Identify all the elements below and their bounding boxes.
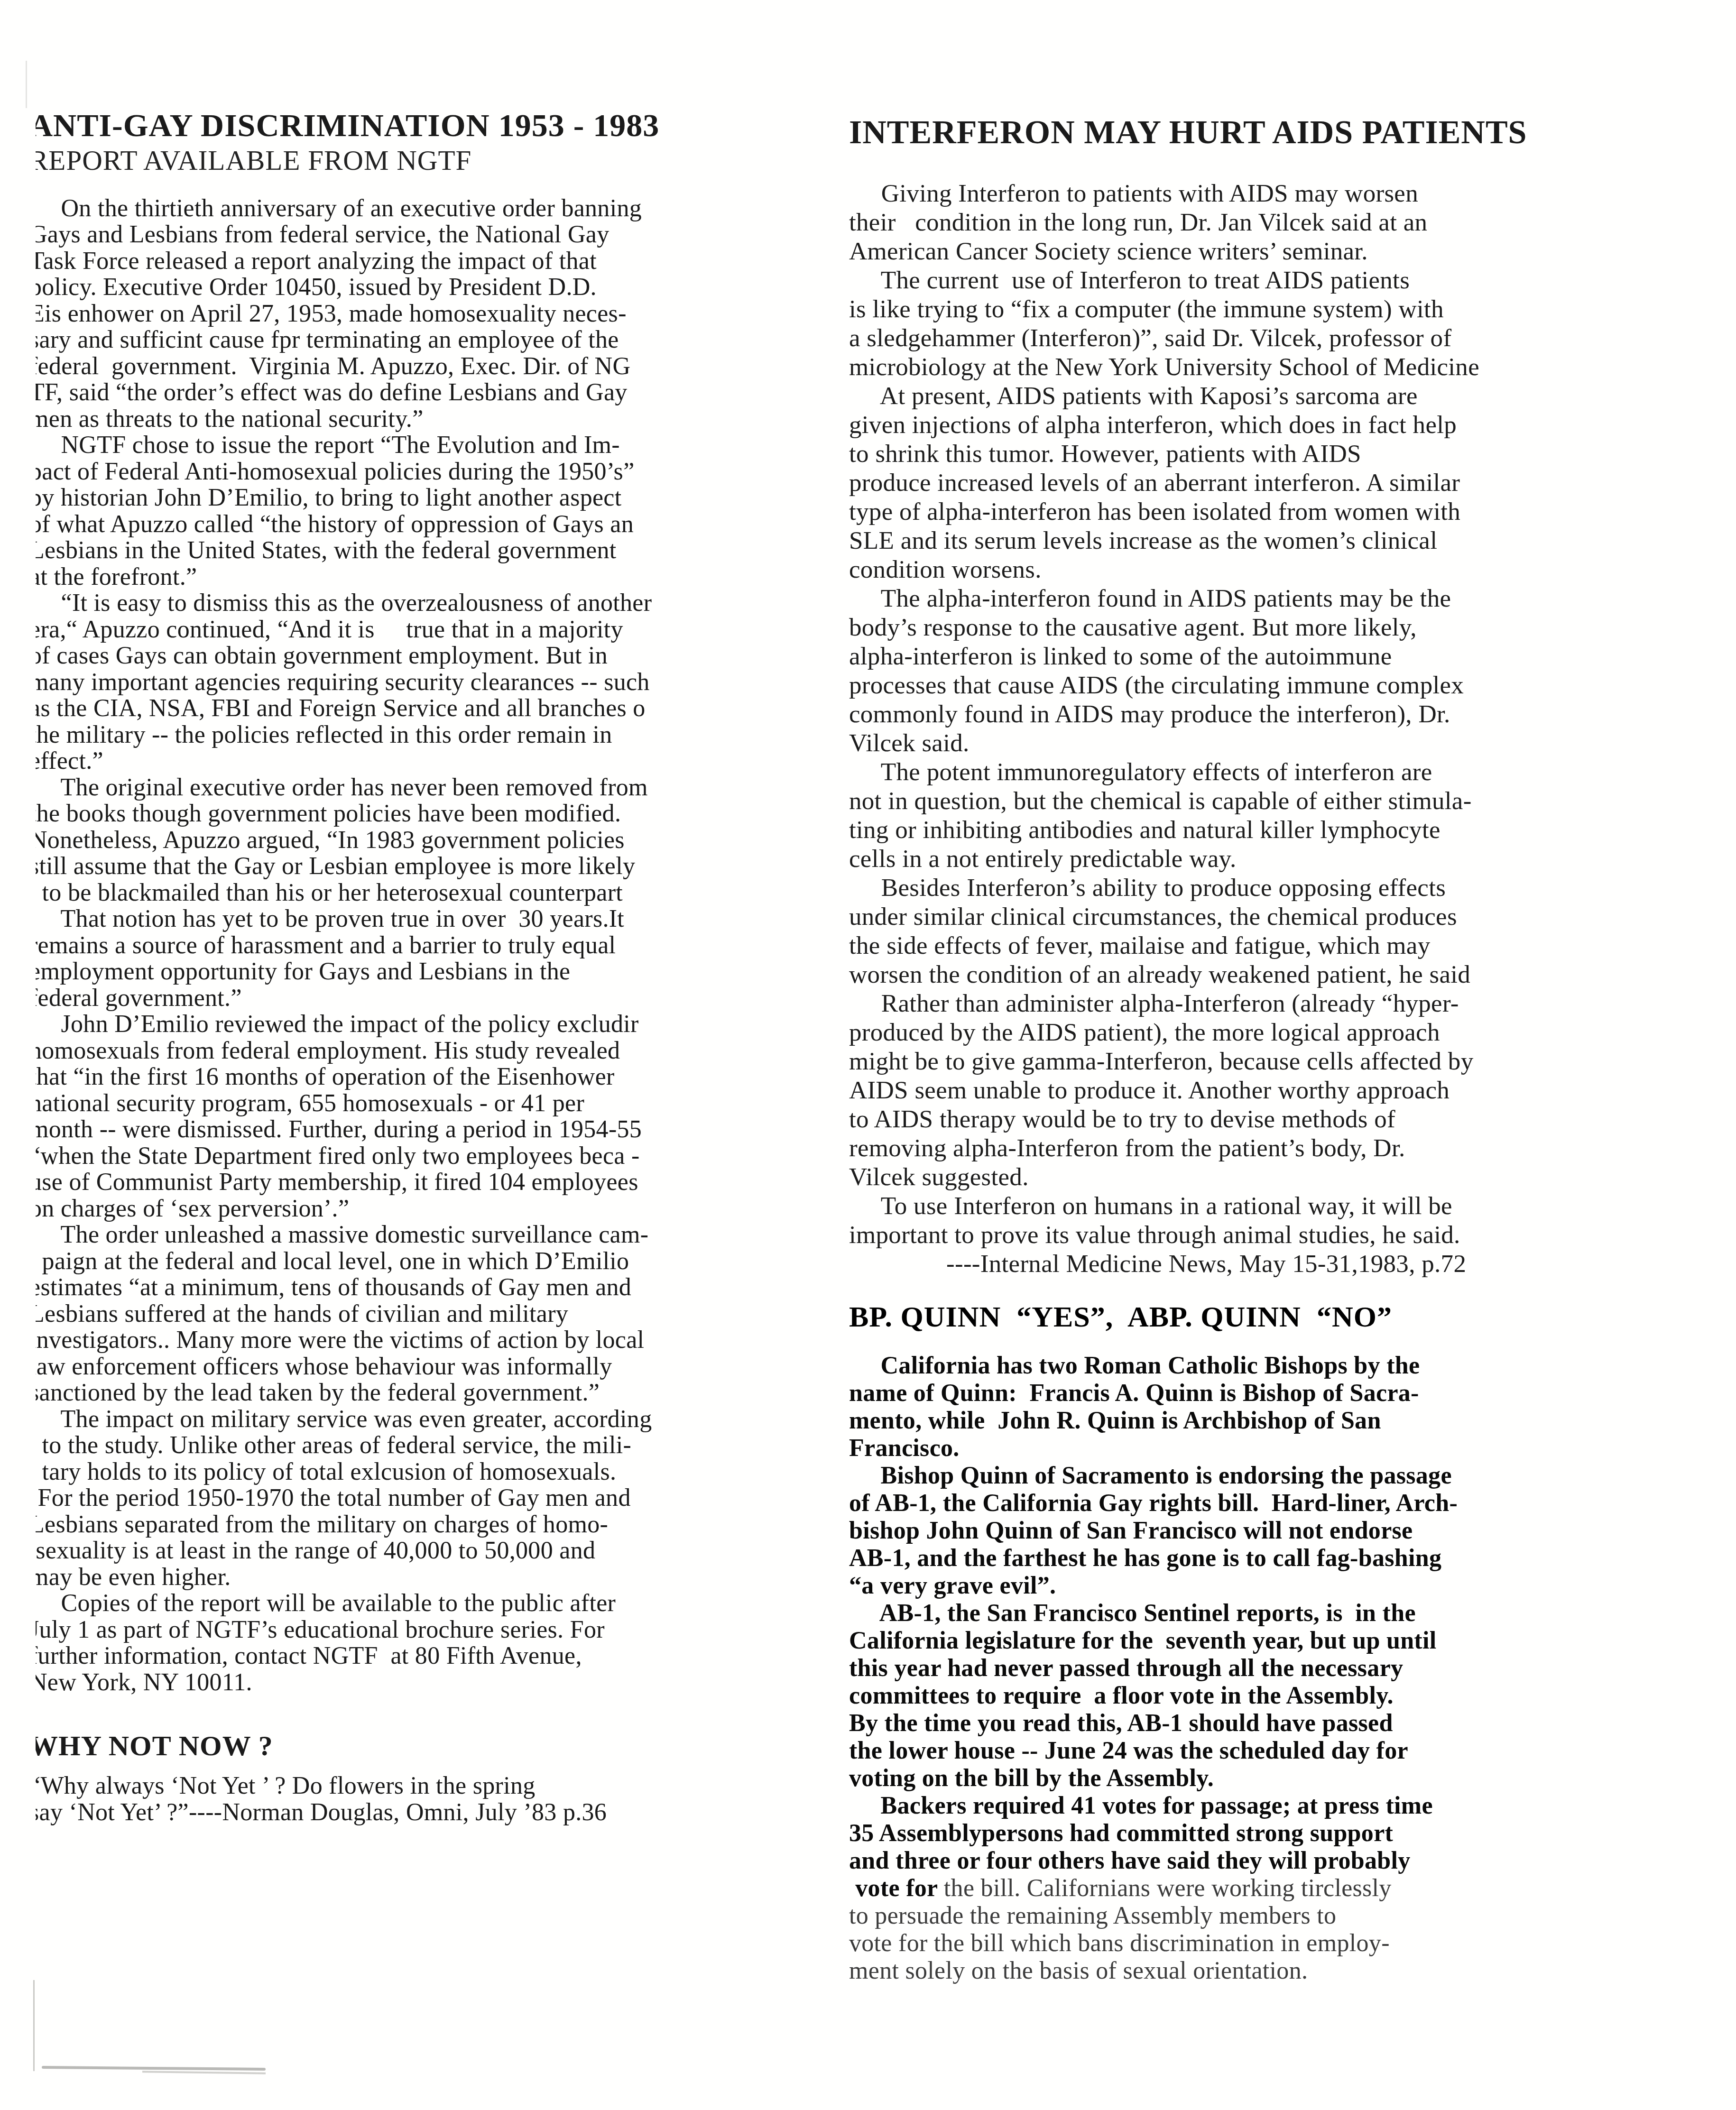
article-antigay-discrimination-report: ANTI-GAY DISCRIMINATION 1953 - 1983 REPO… [29,108,788,1695]
paragraph: California has two Roman Catholic Bishop… [849,1352,1636,1462]
article-title: BP. QUINN “YES”, ABP. QUINN “NO” [849,1300,1636,1334]
paragraph: The order unleashed a massive domestic s… [29,1222,788,1406]
scanned-newsletter-page: ANTI-GAY DISCRIMINATION 1953 - 1983 REPO… [0,0,1736,2110]
paragraph: To use Interferon on humans in a rationa… [849,1192,1636,1250]
paragraph: The original executive order has never b… [29,774,788,906]
paragraph: Copies of the report will be available t… [29,1590,788,1695]
paragraph: At present, AIDS patients with Kaposi’s … [849,382,1636,584]
paragraph: Backers required 41 votes for passage; a… [849,1792,1636,1985]
paragraph: AB-1, the San Francisco Sentinel reports… [849,1600,1636,1792]
paragraph: Rather than administer alpha-Interferon … [849,989,1636,1192]
paragraph: “Why always ‘Not Yet ’ ? Do flowers in t… [29,1773,788,1825]
paragraph: Bishop Quinn of Sacramento is endorsing … [849,1462,1636,1600]
paragraph: NGTF chose to issue the report “The Evol… [29,432,788,590]
paragraph: Besides Interferon’s ability to produce … [849,874,1636,989]
scan-artifact [42,2066,266,2071]
paragraph: The current use of Interferon to treat A… [849,266,1636,382]
left-column: ANTI-GAY DISCRIMINATION 1953 - 1983 REPO… [29,108,788,1825]
paragraph: The potent immunoregulatory effects of i… [849,758,1636,874]
paragraph: John D’Emilio reviewed the impact of the… [29,1011,788,1222]
article-subtitle: REPORT AVAILABLE FROM NGTF [29,145,788,176]
article-bp-quinn-abp-quinn: BP. QUINN “YES”, ABP. QUINN “NO” Califor… [849,1300,1636,1985]
scan-edge-clip [26,108,36,1958]
paragraph: The alpha-interferon found in AIDS patie… [849,584,1636,758]
article-why-not-now: WHY NOT NOW ? “Why always ‘Not Yet ’ ? D… [29,1730,788,1825]
scan-artifact [33,1980,35,2071]
article-interferon-aids: INTERFERON MAY HURT AIDS PATIENTS Giving… [849,114,1636,1279]
paragraph: That notion has yet to be proven true in… [29,906,788,1011]
article-title: ANTI-GAY DISCRIMINATION 1953 - 1983 [29,108,788,143]
article-title: INTERFERON MAY HURT AIDS PATIENTS [849,114,1636,152]
article-title: WHY NOT NOW ? [29,1730,788,1762]
paragraph: Giving Interferon to patients with AIDS … [849,179,1636,266]
paragraph: The impact on military service was even … [29,1406,788,1591]
paragraph: “It is easy to dismiss this as the overz… [29,590,788,774]
paragraph: On the thirtieth anniversary of an execu… [29,195,788,433]
scan-artifact [142,2071,266,2074]
source-attribution: ----Internal Medicine News, May 15-31,19… [849,1250,1636,1279]
right-column: INTERFERON MAY HURT AIDS PATIENTS Giving… [849,114,1636,1985]
